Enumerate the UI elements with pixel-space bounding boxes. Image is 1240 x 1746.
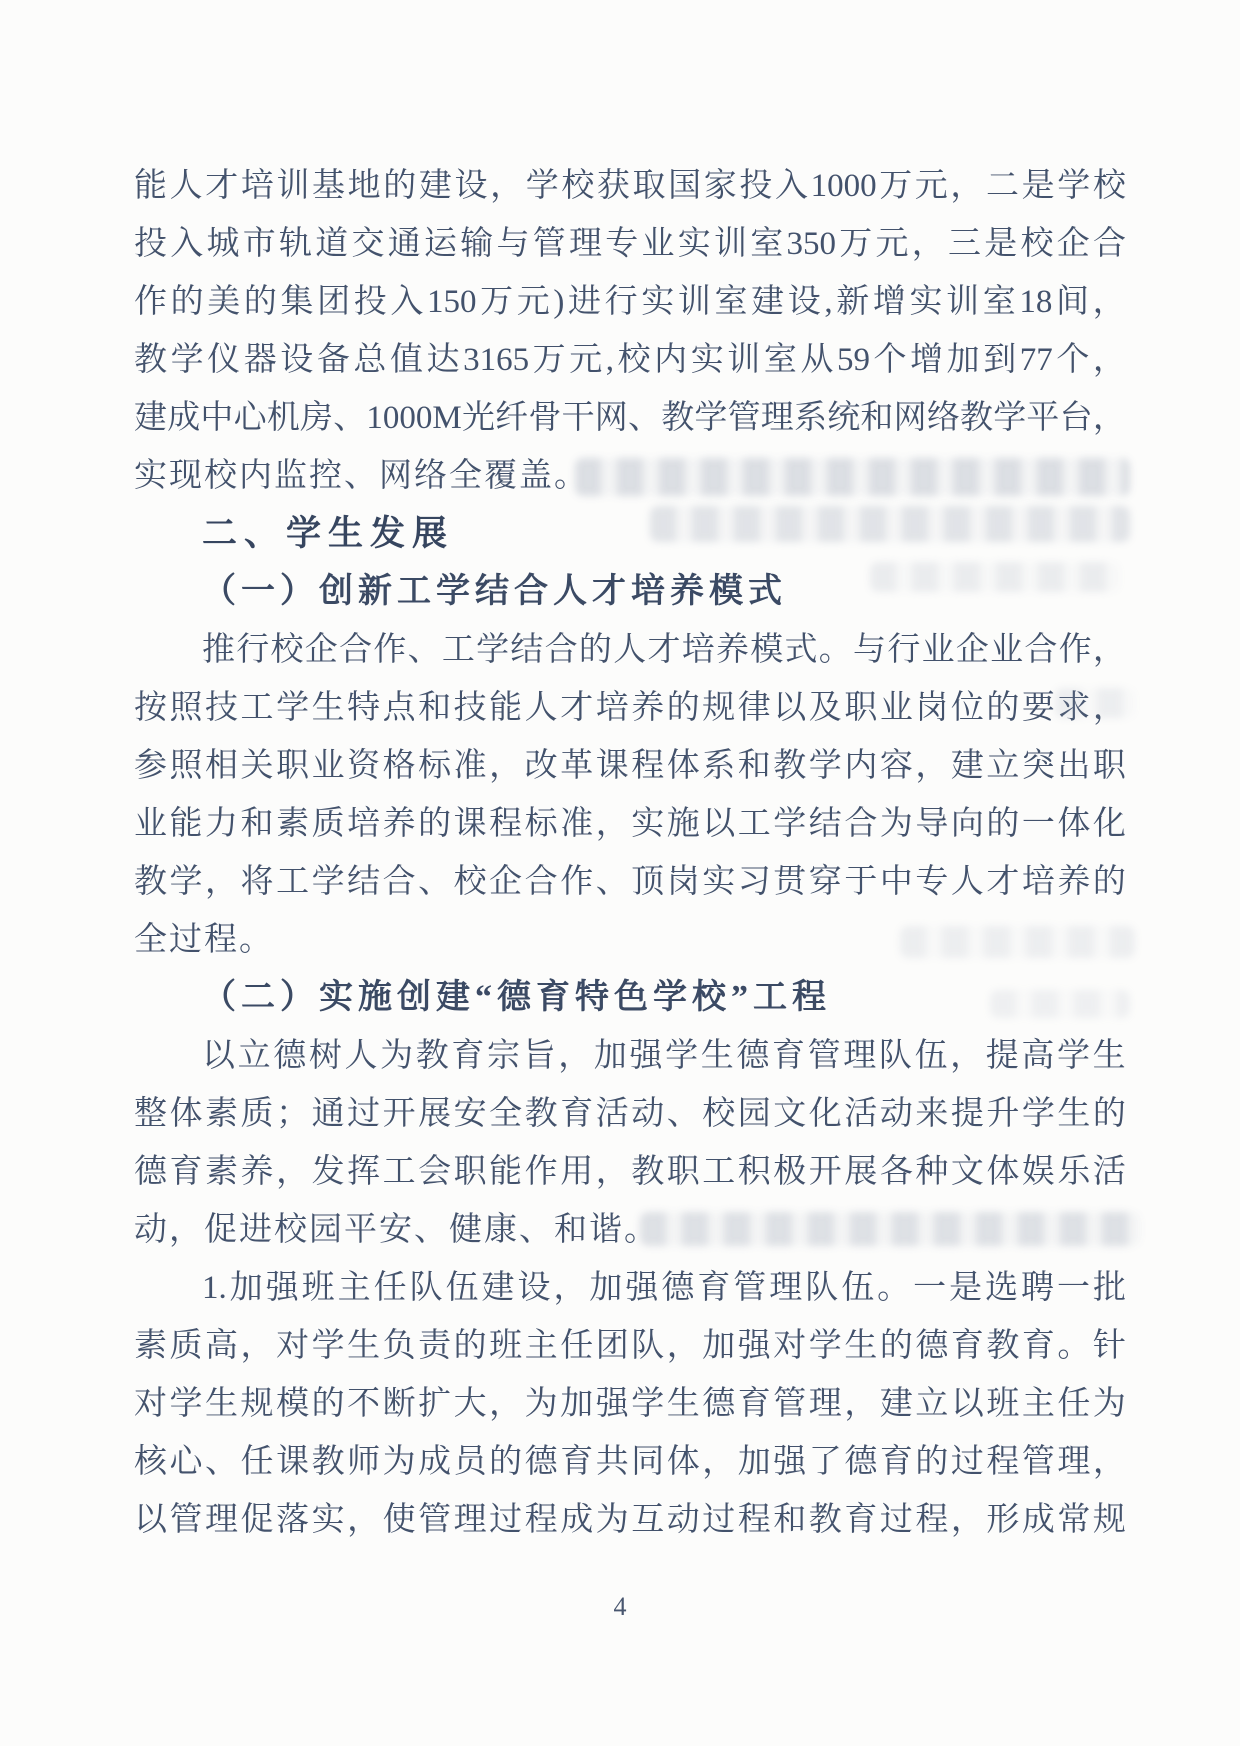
char-token: 设 xyxy=(788,273,821,331)
char-token: 学 xyxy=(171,331,204,389)
char-token: 穿 xyxy=(809,853,842,911)
char-token: ， xyxy=(1093,621,1126,679)
char-token: 展 xyxy=(418,1085,451,1143)
char-token: 伍 xyxy=(446,1259,479,1317)
char-token: 1000 xyxy=(811,157,877,215)
char-token: 生 xyxy=(347,1317,380,1375)
char-token: 立 xyxy=(238,1027,271,1085)
char-token: 校 xyxy=(618,331,651,389)
char-token: 学 xyxy=(809,1317,842,1375)
char-token: 。 xyxy=(877,1259,910,1317)
char-token: 的 xyxy=(244,273,277,331)
char-token: 以 xyxy=(702,795,735,853)
char-token: 强 xyxy=(596,1375,629,1433)
char-token: 人 xyxy=(951,853,984,911)
char-token: 程 xyxy=(738,1491,771,1549)
char-token: 训 xyxy=(727,331,760,389)
char-token: 质 xyxy=(312,795,345,853)
text-line: 投入城市轨道交通运输与管理专业实训室350万元，三是校企合 xyxy=(134,215,1126,273)
char-token: 高 xyxy=(205,1317,238,1375)
char-token: 德 xyxy=(525,1433,558,1491)
char-token: 强 xyxy=(738,1317,771,1375)
char-token: 以 xyxy=(951,1375,984,1433)
char-token: 万 xyxy=(480,273,513,331)
char-token: 学 xyxy=(476,621,509,679)
char-token: 作 xyxy=(1059,621,1092,679)
text-line: （二）实施创建“德育特色学校”工程 xyxy=(134,969,1126,1027)
char-token: 人 xyxy=(170,157,203,215)
char-token: 员 xyxy=(454,1433,487,1491)
char-token: 过 xyxy=(951,1433,984,1491)
char-token: 取 xyxy=(633,157,666,215)
char-token: 强 xyxy=(773,1433,806,1491)
page-number: 4 xyxy=(0,1592,1240,1622)
char-token: 入 xyxy=(170,215,203,273)
char-token: 工 xyxy=(276,853,309,911)
char-token: ， xyxy=(1093,389,1126,447)
char-token: 队 xyxy=(631,1317,664,1375)
char-token: 台 xyxy=(1060,389,1093,447)
char-token: 工 xyxy=(383,1143,416,1201)
text-line: （一）创新工学结合人才培养模式 xyxy=(134,563,1126,621)
char-token: 从 xyxy=(800,331,833,389)
char-token: 学 xyxy=(1022,1085,1055,1143)
char-token: 输 xyxy=(460,215,493,273)
char-token: 特 xyxy=(347,679,380,737)
char-token: ， xyxy=(558,1027,591,1085)
char-token: 学 xyxy=(1057,157,1090,215)
char-token: 展 xyxy=(844,1143,877,1201)
char-token: ， xyxy=(489,737,522,795)
char-token: 程 xyxy=(525,1491,558,1549)
char-token: 培 xyxy=(596,679,629,737)
document-body: 能人才培训基地的建设，学校获取国家投入1000万元，二是学校投入城市轨道交通运输… xyxy=(134,157,1126,1549)
char-token: 专 xyxy=(915,853,948,911)
char-token: 业 xyxy=(922,621,955,679)
text-line: 教学，将工学结合、校企合作、顶岗实习贯穿于中专人才培养的 xyxy=(134,853,1126,911)
char-token: 生 xyxy=(844,1317,877,1375)
char-token: 结 xyxy=(347,853,380,911)
text-line: 对学生规模的不断扩大，为加强学生德育管理，建立以班主任为 xyxy=(134,1375,1126,1433)
char-token: 责 xyxy=(418,1317,451,1375)
char-token: 聘 xyxy=(1021,1259,1054,1317)
char-token: 生 xyxy=(312,679,345,737)
char-token: 350 xyxy=(787,215,837,273)
char-token: ， xyxy=(596,1143,629,1201)
char-token: 过 xyxy=(347,1085,380,1143)
char-token: 入 xyxy=(390,273,423,331)
char-token: 获 xyxy=(597,157,630,215)
char-token: 、 xyxy=(596,853,629,911)
char-token: 生 xyxy=(667,1375,700,1433)
char-token: 同 xyxy=(631,1433,664,1491)
char-token: 规 xyxy=(1093,1491,1126,1549)
char-token: 资 xyxy=(347,737,380,795)
char-token: 实 xyxy=(631,795,664,853)
char-token: 网 xyxy=(595,389,628,447)
char-token: 整 xyxy=(134,1085,167,1143)
char-token: 课 xyxy=(596,737,629,795)
char-token: 照 xyxy=(170,679,203,737)
char-token: 家 xyxy=(704,157,737,215)
char-token: 行 xyxy=(605,273,638,331)
char-token: 中 xyxy=(880,853,913,911)
char-token: 训 xyxy=(946,273,979,331)
char-token: 活 xyxy=(844,1085,877,1143)
text-line: 动，促进校园平安、健康、和谐。 xyxy=(134,1201,1126,1259)
char-token: 工 xyxy=(442,621,475,679)
char-token: 育 xyxy=(697,1259,730,1317)
char-token: 行 xyxy=(236,621,269,679)
char-token: 点 xyxy=(383,679,416,737)
char-token: 革 xyxy=(560,737,593,795)
char-token: 学 xyxy=(312,1317,345,1375)
char-token: 元 xyxy=(517,273,550,331)
char-token: 育 xyxy=(451,1027,484,1085)
char-token: 管 xyxy=(728,389,761,447)
char-token: 种 xyxy=(915,1143,948,1201)
char-token: 生 xyxy=(205,1375,238,1433)
char-token: 、 xyxy=(418,853,451,911)
char-token: 理 xyxy=(205,1491,238,1549)
char-token: 课 xyxy=(276,1433,309,1491)
char-token: 育 xyxy=(772,1027,805,1085)
char-token: 育 xyxy=(738,1375,771,1433)
char-token: 德 xyxy=(844,1433,877,1491)
char-token: 室 xyxy=(715,273,748,331)
char-token: 实 xyxy=(691,331,724,389)
char-token: 加 xyxy=(589,1259,622,1317)
char-token: 向 xyxy=(951,795,984,853)
text-line: 实现校内监控、网络全覆盖。 xyxy=(134,447,1126,505)
char-token: 娱 xyxy=(1022,1143,1055,1201)
char-token: 150 xyxy=(427,273,477,331)
char-token: 训 xyxy=(714,215,747,273)
char-token: 学 xyxy=(993,389,1026,447)
char-token: 加 xyxy=(230,1259,263,1317)
char-token: 理 xyxy=(769,1259,802,1317)
char-token: ， xyxy=(553,1259,586,1317)
scanned-page: 能人才培训基地的建设，学校获取国家投入1000万元，二是学校投入城市轨道交通运输… xyxy=(0,0,1240,1746)
char-token: 建 xyxy=(880,1375,913,1433)
char-token: 参 xyxy=(134,737,167,795)
char-token: 共 xyxy=(596,1433,629,1491)
char-token: 岗 xyxy=(667,853,700,911)
char-token: 文 xyxy=(773,1085,806,1143)
char-token: 负 xyxy=(383,1317,416,1375)
char-token: 来 xyxy=(915,1085,948,1143)
char-token: 文 xyxy=(951,1143,984,1201)
char-token: 批 xyxy=(1093,1259,1126,1317)
char-token: 对 xyxy=(773,1317,806,1375)
char-token: 育 xyxy=(1022,1317,1055,1375)
char-token: 作 xyxy=(560,853,593,911)
char-token: 的 xyxy=(880,1317,913,1375)
char-token: 规 xyxy=(241,1375,274,1433)
char-token: ， xyxy=(951,1491,984,1549)
text-line: 推行校企合作、工学结合的人才培养模式。与行业企业合作， xyxy=(134,621,1126,679)
char-token: 设 xyxy=(517,1259,550,1317)
char-token: 贯 xyxy=(773,853,806,911)
char-token: 化 xyxy=(1093,795,1126,853)
char-token: 万 xyxy=(839,215,872,273)
char-token: 结 xyxy=(809,795,842,853)
text-line: 素质高，对学生负责的班主任团队，加强对学生的德育教育。针 xyxy=(134,1317,1126,1375)
char-token: , xyxy=(606,331,614,389)
text-line: 作的美的集团投入150万元)进行实训室建设,新增实训室18间， xyxy=(134,273,1126,331)
char-token: 照 xyxy=(170,737,203,795)
char-token: 将 xyxy=(241,853,274,911)
char-token: 合 xyxy=(1093,215,1126,273)
char-token: 落 xyxy=(276,1491,309,1549)
char-token: 成 xyxy=(167,389,200,447)
char-token: 、 xyxy=(667,1085,700,1143)
char-token: ， xyxy=(1093,273,1126,331)
char-token: 学 xyxy=(773,795,806,853)
char-token: 安 xyxy=(454,1085,487,1143)
char-token: 校 xyxy=(271,621,304,679)
char-token: 1. xyxy=(202,1259,227,1317)
char-token: 和 xyxy=(241,795,274,853)
char-token: 合 xyxy=(525,853,558,911)
char-token: 合 xyxy=(383,853,416,911)
char-token: 纤 xyxy=(495,389,528,447)
char-token: 和 xyxy=(738,737,771,795)
char-token: 使 xyxy=(383,1491,416,1549)
char-token: 岗 xyxy=(915,679,948,737)
char-token: 专 xyxy=(605,215,638,273)
char-token: 生 xyxy=(1093,1027,1126,1085)
char-token: ， xyxy=(489,1375,522,1433)
char-token: ， xyxy=(596,795,629,853)
char-token: 大 xyxy=(454,1375,487,1433)
char-token: 光 xyxy=(462,389,495,447)
text-line: 业能力和素质培养的课程标准，实施以工学结合为导向的一体化 xyxy=(134,795,1126,853)
char-token: 极 xyxy=(773,1143,806,1201)
text-line: 核心、任课教师为成员的德育共同体，加强了德育的过程管理， xyxy=(134,1433,1126,1491)
char-token: 学 xyxy=(665,1027,698,1085)
char-token: 机 xyxy=(267,389,300,447)
char-token: 总 xyxy=(353,331,386,389)
char-token: 德 xyxy=(661,1259,694,1317)
char-token: 规 xyxy=(702,679,735,737)
char-token: 内 xyxy=(844,737,877,795)
text-line: 德育素养，发挥工会职能作用，教职工积极开展各种文体娱乐活 xyxy=(134,1143,1126,1201)
char-token: 顶 xyxy=(631,853,664,911)
char-token: 万 xyxy=(879,157,912,215)
char-token: 班 xyxy=(986,1375,1019,1433)
char-token: 扩 xyxy=(418,1375,451,1433)
char-token: 养 xyxy=(383,795,416,853)
char-token: 成 xyxy=(560,1491,593,1549)
char-token: 理 xyxy=(809,1375,842,1433)
char-token: 作 xyxy=(525,1143,558,1201)
char-token: 提 xyxy=(951,1085,984,1143)
char-token: 的 xyxy=(312,1375,345,1433)
char-token: 质 xyxy=(241,1085,274,1143)
char-token: 素 xyxy=(205,1143,238,1201)
char-token: 心 xyxy=(170,1433,203,1491)
char-token: 培 xyxy=(682,621,715,679)
char-token: 德 xyxy=(134,1143,167,1201)
char-token: 宗 xyxy=(487,1027,520,1085)
char-token: ， xyxy=(1093,679,1126,737)
char-token: 企 xyxy=(305,621,338,679)
char-token: 发 xyxy=(312,1143,345,1201)
char-token: 系 xyxy=(702,737,735,795)
char-token: 准 xyxy=(560,795,593,853)
char-token: 强 xyxy=(625,1259,658,1317)
char-token: 新 xyxy=(836,273,869,331)
char-token: 高 xyxy=(1021,1027,1054,1085)
char-token: , xyxy=(824,273,832,331)
char-token: 中 xyxy=(200,389,233,447)
char-token: 市 xyxy=(243,215,276,273)
char-token: 合 xyxy=(1024,621,1057,679)
char-token: 活 xyxy=(596,1085,629,1143)
char-token: ， xyxy=(667,1317,700,1375)
char-token: 的 xyxy=(667,679,700,737)
char-token: 课 xyxy=(454,795,487,853)
char-token: 学 xyxy=(170,853,203,911)
char-token: 生 xyxy=(701,1027,734,1085)
char-token: 才 xyxy=(986,853,1019,911)
char-token: 要 xyxy=(1022,679,1055,737)
char-token: 教 xyxy=(773,737,806,795)
char-token: 育 xyxy=(170,1143,203,1201)
char-token: 实 xyxy=(678,215,711,273)
char-token: 管 xyxy=(1022,1433,1055,1491)
char-token: 建 xyxy=(951,737,984,795)
char-token: 能 xyxy=(489,679,522,737)
char-token: 不 xyxy=(347,1375,380,1433)
char-token: 出 xyxy=(1057,737,1090,795)
char-token: 学 xyxy=(312,853,345,911)
char-token: 素 xyxy=(205,1085,238,1143)
char-token: 干 xyxy=(562,389,595,447)
char-token: 合 xyxy=(339,621,372,679)
char-token: 养 xyxy=(1057,853,1090,911)
char-token: 的 xyxy=(579,621,612,679)
char-token: 育 xyxy=(880,1433,913,1491)
char-token: 强 xyxy=(630,1027,663,1085)
char-token: 万 xyxy=(533,331,566,389)
char-token: 求 xyxy=(1057,679,1090,737)
char-token: 管 xyxy=(773,1375,806,1433)
char-token: 值 xyxy=(390,331,423,389)
char-token: 德 xyxy=(702,1375,735,1433)
char-token: 备 xyxy=(317,331,350,389)
char-token: 用 xyxy=(560,1143,593,1201)
char-token: 了 xyxy=(809,1433,842,1491)
char-token: 教 xyxy=(525,1085,558,1143)
char-token: 交 xyxy=(352,215,385,273)
char-token: 元 xyxy=(915,157,948,215)
char-token: 业 xyxy=(312,737,345,795)
char-token: 体 xyxy=(667,1433,700,1491)
text-line: 整体素质；通过开展安全教育活动、校园文化活动来提升学生的 xyxy=(134,1085,1126,1143)
char-token: 教 xyxy=(416,1027,449,1085)
char-token: 通 xyxy=(388,215,421,273)
char-token: 才 xyxy=(205,157,238,215)
char-token: 提 xyxy=(986,1027,1019,1085)
char-token: 能 xyxy=(170,795,203,853)
char-token: 的 xyxy=(383,157,416,215)
char-token: 训 xyxy=(276,157,309,215)
char-token: 导 xyxy=(915,795,948,853)
char-token: 会 xyxy=(418,1143,451,1201)
char-token: 管 xyxy=(733,1259,766,1317)
char-token: 建 xyxy=(751,273,784,331)
char-token: 力 xyxy=(205,795,238,853)
char-token: 师 xyxy=(347,1433,380,1491)
char-token: 理 xyxy=(761,389,794,447)
char-token: 标 xyxy=(418,737,451,795)
char-token: 投 xyxy=(739,157,772,215)
char-token: 的 xyxy=(489,1433,522,1491)
char-token: 育 xyxy=(560,1085,593,1143)
char-token: 针 xyxy=(1093,1317,1126,1375)
char-token: 动 xyxy=(667,1491,700,1549)
char-token: 任 xyxy=(241,1433,274,1491)
char-token: 养 xyxy=(631,679,664,737)
char-token: 养 xyxy=(241,1143,274,1201)
char-token: 人 xyxy=(613,621,646,679)
char-token: 培 xyxy=(347,795,380,853)
char-token: 成 xyxy=(1022,1491,1055,1549)
char-token: 的 xyxy=(418,795,451,853)
char-token: 教 xyxy=(134,331,167,389)
char-token: 和 xyxy=(860,389,893,447)
char-token: 器 xyxy=(244,331,277,389)
char-token: 管 xyxy=(533,215,566,273)
char-token: 仪 xyxy=(207,331,240,389)
char-token: 形 xyxy=(986,1491,1019,1549)
char-token: 主 xyxy=(1022,1375,1055,1433)
char-token: 18 xyxy=(1019,273,1052,331)
text-line: 参照相关职业资格标准，改革课程体系和教学内容，建立突出职 xyxy=(134,737,1126,795)
char-token: 伍 xyxy=(841,1259,874,1317)
char-token: ， xyxy=(276,1143,309,1201)
char-token: 间 xyxy=(1056,273,1089,331)
char-token: 企 xyxy=(956,621,989,679)
char-token: 到 xyxy=(983,331,1016,389)
char-token: 教 xyxy=(631,1143,664,1201)
char-token: ) xyxy=(553,273,564,331)
char-token: 开 xyxy=(383,1085,416,1143)
char-token: 业 xyxy=(880,679,913,737)
char-token: 主 xyxy=(525,1317,558,1375)
char-token: 加 xyxy=(738,1433,771,1491)
char-token: 理 xyxy=(1057,1433,1090,1491)
char-token: 标 xyxy=(525,795,558,853)
char-token: 职 xyxy=(454,1143,487,1201)
char-token: 团 xyxy=(317,273,350,331)
char-token: 能 xyxy=(134,157,167,215)
char-token: 按 xyxy=(134,679,167,737)
char-token: 企 xyxy=(489,853,522,911)
char-token: 养 xyxy=(716,621,749,679)
char-token: 为 xyxy=(383,1433,416,1491)
char-token: 为 xyxy=(880,795,913,853)
char-token: 为 xyxy=(380,1027,413,1085)
char-token: 的 xyxy=(454,1317,487,1375)
char-token: 平 xyxy=(1026,389,1059,447)
char-token: 企 xyxy=(1057,215,1090,273)
char-token: 班 xyxy=(302,1259,335,1317)
char-token: 是 xyxy=(984,215,1017,273)
char-token: 实 xyxy=(641,273,674,331)
